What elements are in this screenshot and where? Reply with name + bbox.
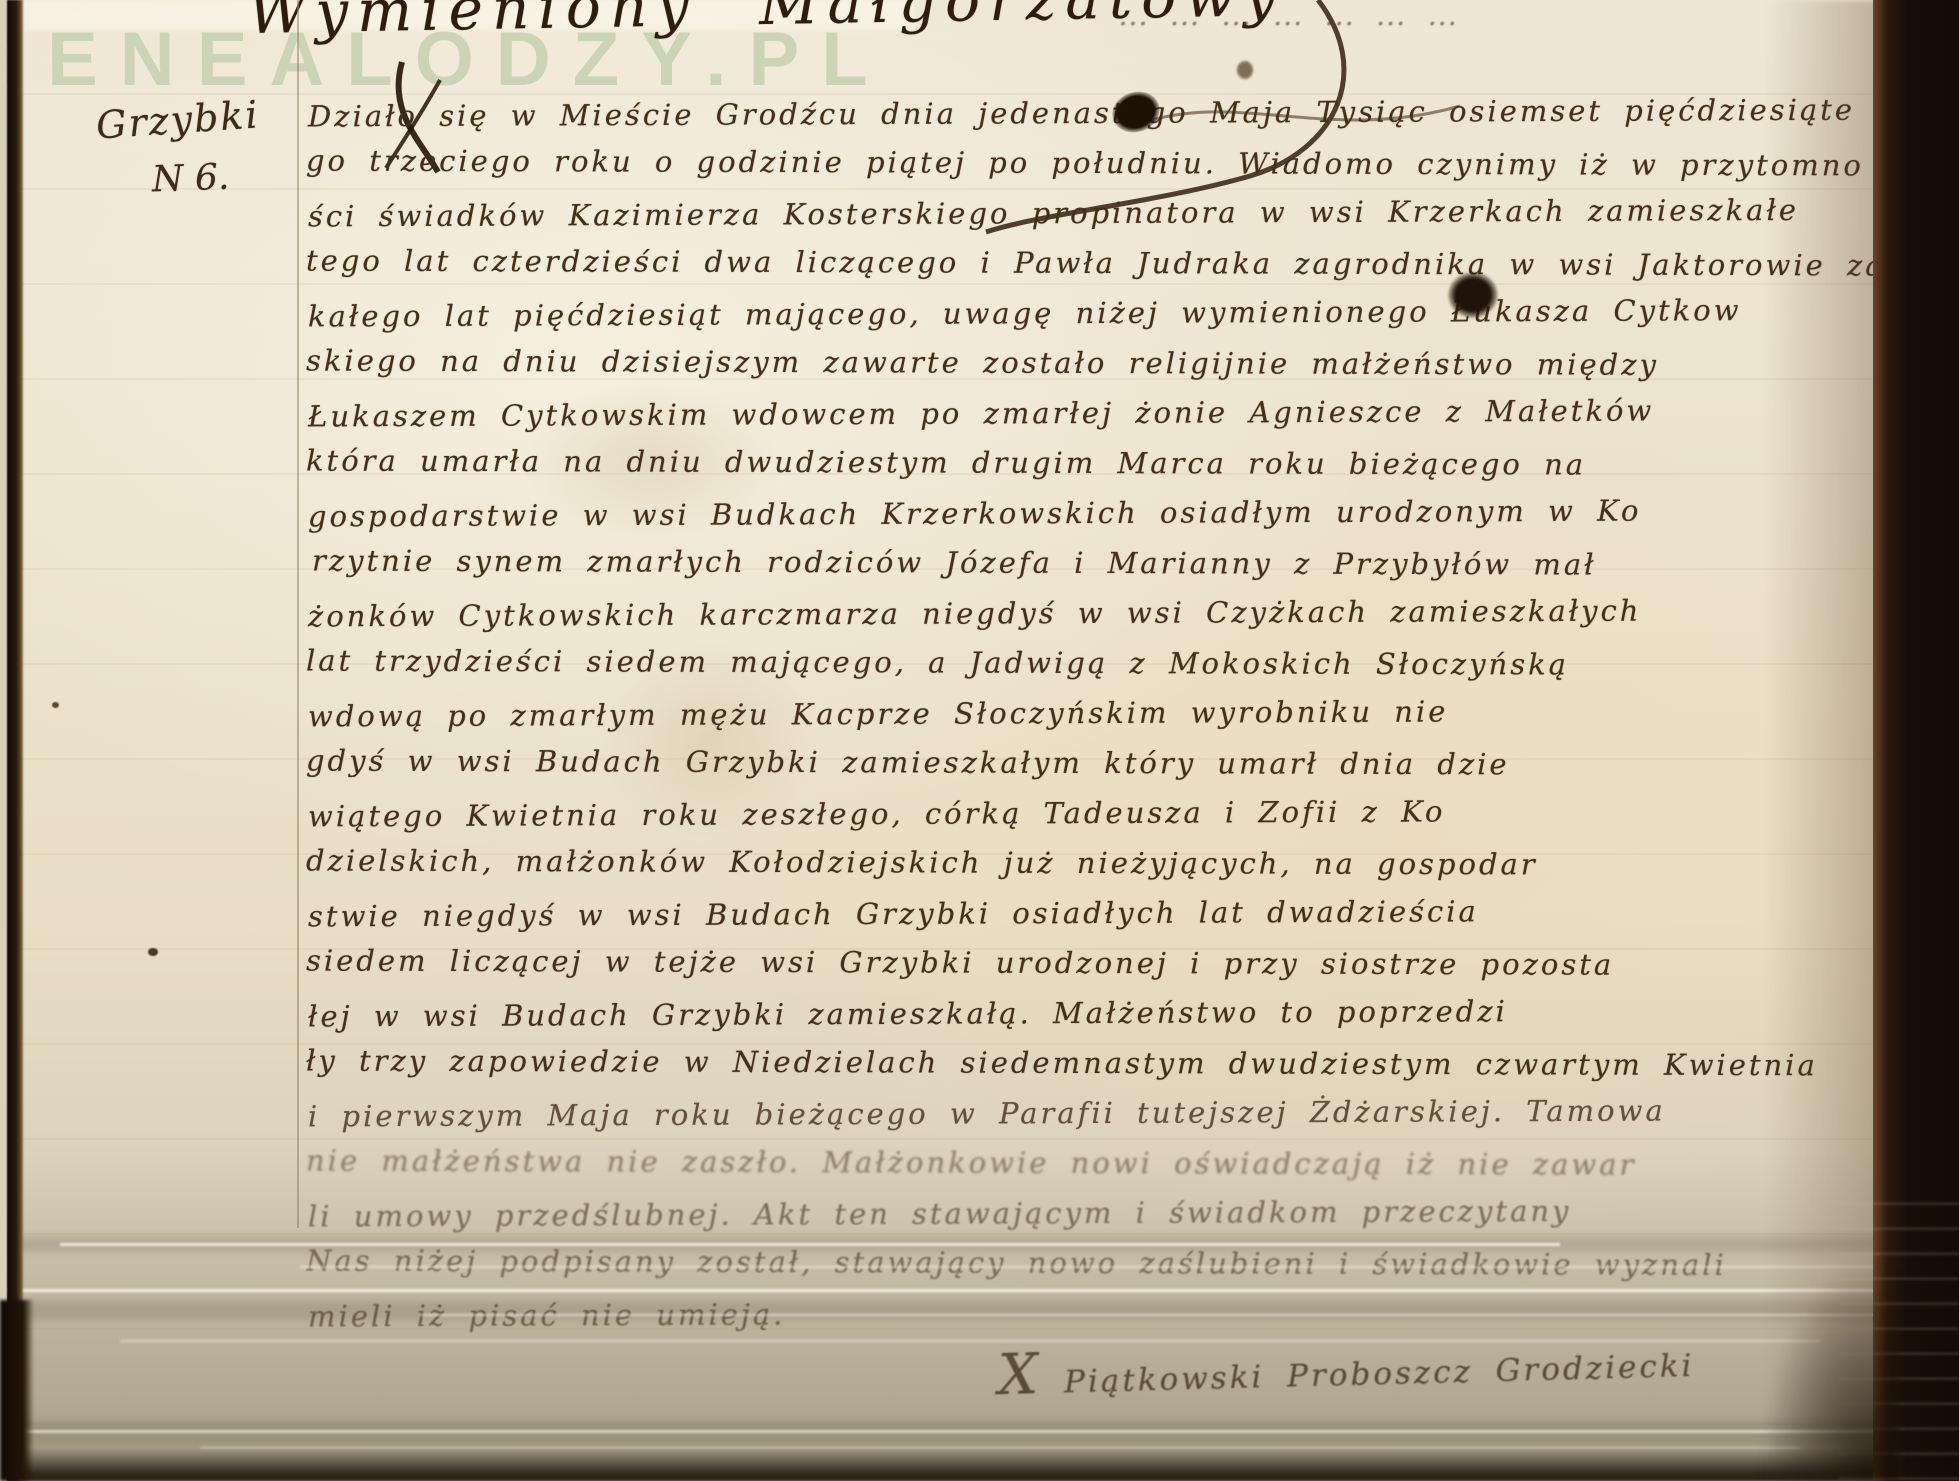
manuscript-line: dzielskich, małżonków Kołodziejskich już… [306,836,1884,891]
smudge-band [0,1420,1959,1446]
manuscript-line: lat trzydzieści siedem mającego, a Jadwi… [306,636,1884,691]
ink-dot [1236,60,1254,80]
manuscript-body: Działo się w Mieście Grodźcu dnia jedena… [306,88,1884,1378]
manuscript-line: ły trzy zapowiedzie w Niedzielach siedem… [306,1036,1884,1091]
bottom-dark-edge [0,1447,1959,1481]
manuscript-line: kałego lat pięćdziesiąt mającego, uwagę … [308,285,1884,342]
page-left-sliver [0,0,7,1481]
ink-speck [148,948,158,956]
manuscript-line: rzytnie synem zmarłych rodziców Józefa i… [306,536,1884,591]
binding-crease-bottom [0,1300,34,1481]
ink-blot [1448,272,1498,318]
manuscript-line: tego lat czterdzieści dwa liczącego i Pa… [306,236,1884,291]
manuscript-line: ści świadków Kazimierza Kosterskiego pro… [308,185,1884,242]
manuscript-line: siedem liczącej w tejże wsi Grzybki urod… [306,936,1884,991]
manuscript-line: Działo się w Mieście Grodźcu dnia jedena… [308,88,1884,141]
manuscript-line: gospodarstwie w wsi Budkach Krzerkowskic… [308,485,1884,542]
header-fragment-faded: … … … … … … … [1118,0,1463,33]
manuscript-line: stwie niegdyś w wsi Budach Grzybki osiad… [308,885,1884,942]
manuscript-line: która umarła na dniu dwudziestym drugim … [306,436,1884,491]
manuscript-line: go trzeciego roku o godzinie piątej po p… [306,136,1884,191]
binding-crease [7,0,24,1481]
scanned-register-page: GENEALODZY.PL Wymieniony Małgorzatowy … … [0,0,1959,1481]
manuscript-line: Łukaszem Cytkowskim wdowcem po zmarłej ż… [308,385,1884,442]
ink-speck [52,702,59,708]
manuscript-line: łej w wsi Budach Grzybki zamieszkałą. Ma… [308,985,1884,1042]
manuscript-line: gdyś w wsi Budach Grzybki zamieszkałym k… [306,736,1884,791]
manuscript-line: i pierwszym Maja roku bieżącego w Parafi… [308,1085,1884,1142]
bottom-right-smudge [1759,1261,1899,1481]
manuscript-line: skiego na dniu dzisiejszym zawarte zosta… [306,336,1884,391]
manuscript-line: Nas niżej podpisany został, stawający no… [306,1236,1884,1291]
margin-rule-line [297,0,299,1228]
manuscript-line: żonków Cytkowskich karczmarza niegdyś w … [308,585,1884,642]
manuscript-line: li umowy przedślubnej. Akt ten stawający… [308,1185,1884,1242]
manuscript-line: wiątego Kwietnia roku zeszłego, córką Ta… [308,785,1884,842]
margin-note-act-number: N 6. [151,157,230,201]
manuscript-line: wdową po zmarłym mężu Kacprze Słoczyński… [308,685,1884,742]
scratch-streak [0,1430,1959,1433]
manuscript-line: nie małżeństwa nie zaszło. Małżonkowie n… [306,1136,1884,1191]
